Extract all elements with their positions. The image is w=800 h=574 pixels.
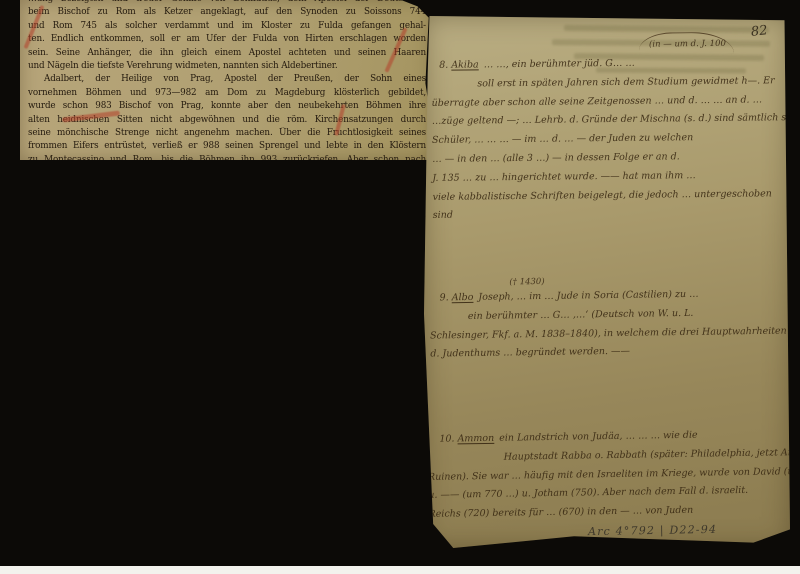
- entry-lines: ein berühmter … G… ‚…‘ (Deutsch von W. u…: [440, 303, 785, 364]
- manuscript-line: d. Judenthums … begründet werden. ——: [430, 341, 784, 365]
- entry-name: Albo: [452, 292, 474, 303]
- page-number: 82: [751, 23, 769, 40]
- print-line: Adalbert, der Heilige von Prag, Apostel …: [28, 73, 426, 86]
- scan-background: …ung bezeigten und treuer Gehilfe von Bo…: [0, 0, 800, 574]
- entry-number: 8.: [439, 60, 448, 71]
- scanner-bed-edge: [0, 566, 800, 574]
- entry-name: Ammon: [457, 433, 494, 445]
- print-line: ten. Endlich entkommen, soll er am Ufer …: [28, 33, 426, 46]
- shelfmark: Arc 4°792 | D22-94: [588, 523, 717, 538]
- interlinear-insertion: († 1430): [509, 273, 544, 292]
- entry-lines: soll erst in späten Jahren sich dem Stud…: [439, 72, 785, 226]
- print-line: und Rom 745 als solcher verdammt und im …: [28, 20, 426, 33]
- manuscript-line: sind: [433, 204, 785, 226]
- entry-akiba: (in — um d. J. 100 8.Akiba… …, ein berüh…: [439, 53, 785, 226]
- print-line: vornehmen Böhmen und 973—982 am Dom zu M…: [28, 87, 426, 100]
- entry-albo: († 1430) 9.AlboJoseph, … im … Jude in So…: [439, 285, 784, 365]
- interlinear-insertion: (in — um d. J. 100: [639, 32, 734, 55]
- print-line: zu Montecassino und Rom, bis die Böhmen …: [28, 154, 426, 160]
- manuscript-page: 82 (in — um d. J. 100 8.Akiba… …, ein be…: [424, 16, 790, 548]
- print-line: beim Bischof zu Rom als Ketzer angeklagt…: [28, 6, 426, 19]
- printed-clipping: …ung bezeigten und treuer Gehilfe von Bo…: [20, 0, 432, 160]
- print-line: sein. Seine Anhänger, die ihn gleich ein…: [28, 47, 426, 60]
- print-line: wurde schon 983 Bischof von Prag, konnte…: [28, 100, 426, 113]
- print-line: frommen Eifers entrüstet, verließ er 988…: [28, 140, 426, 153]
- entry-ammon: 10.Ammonein Landstrich von Judäa, … … … …: [439, 425, 784, 524]
- entry-header-text: … …, ein berühmter jüd. G… …: [484, 58, 635, 71]
- print-line: seine mönchische Strenge nicht angenehm …: [28, 127, 426, 140]
- entry-number: 10.: [439, 433, 454, 444]
- entry-number: 9.: [440, 292, 449, 303]
- entry-header-text: ein Landstrich von Judäa, … … … wie die: [499, 430, 698, 444]
- entry-lines: Hauptstadt Rabba o. Rabbath (später: Phi…: [440, 444, 785, 525]
- print-line: und Nägeln die tiefste Verehrung widmete…: [28, 60, 426, 73]
- entry-name: Akiba: [451, 59, 479, 70]
- manuscript-line: …züge geltend —; … Lehrb. d. Gründe der …: [432, 110, 784, 132]
- printed-text-block: …ung bezeigten und treuer Gehilfe von Bo…: [28, 0, 426, 160]
- print-line: …ung bezeigten und treuer Gehilfe von Bo…: [28, 0, 426, 6]
